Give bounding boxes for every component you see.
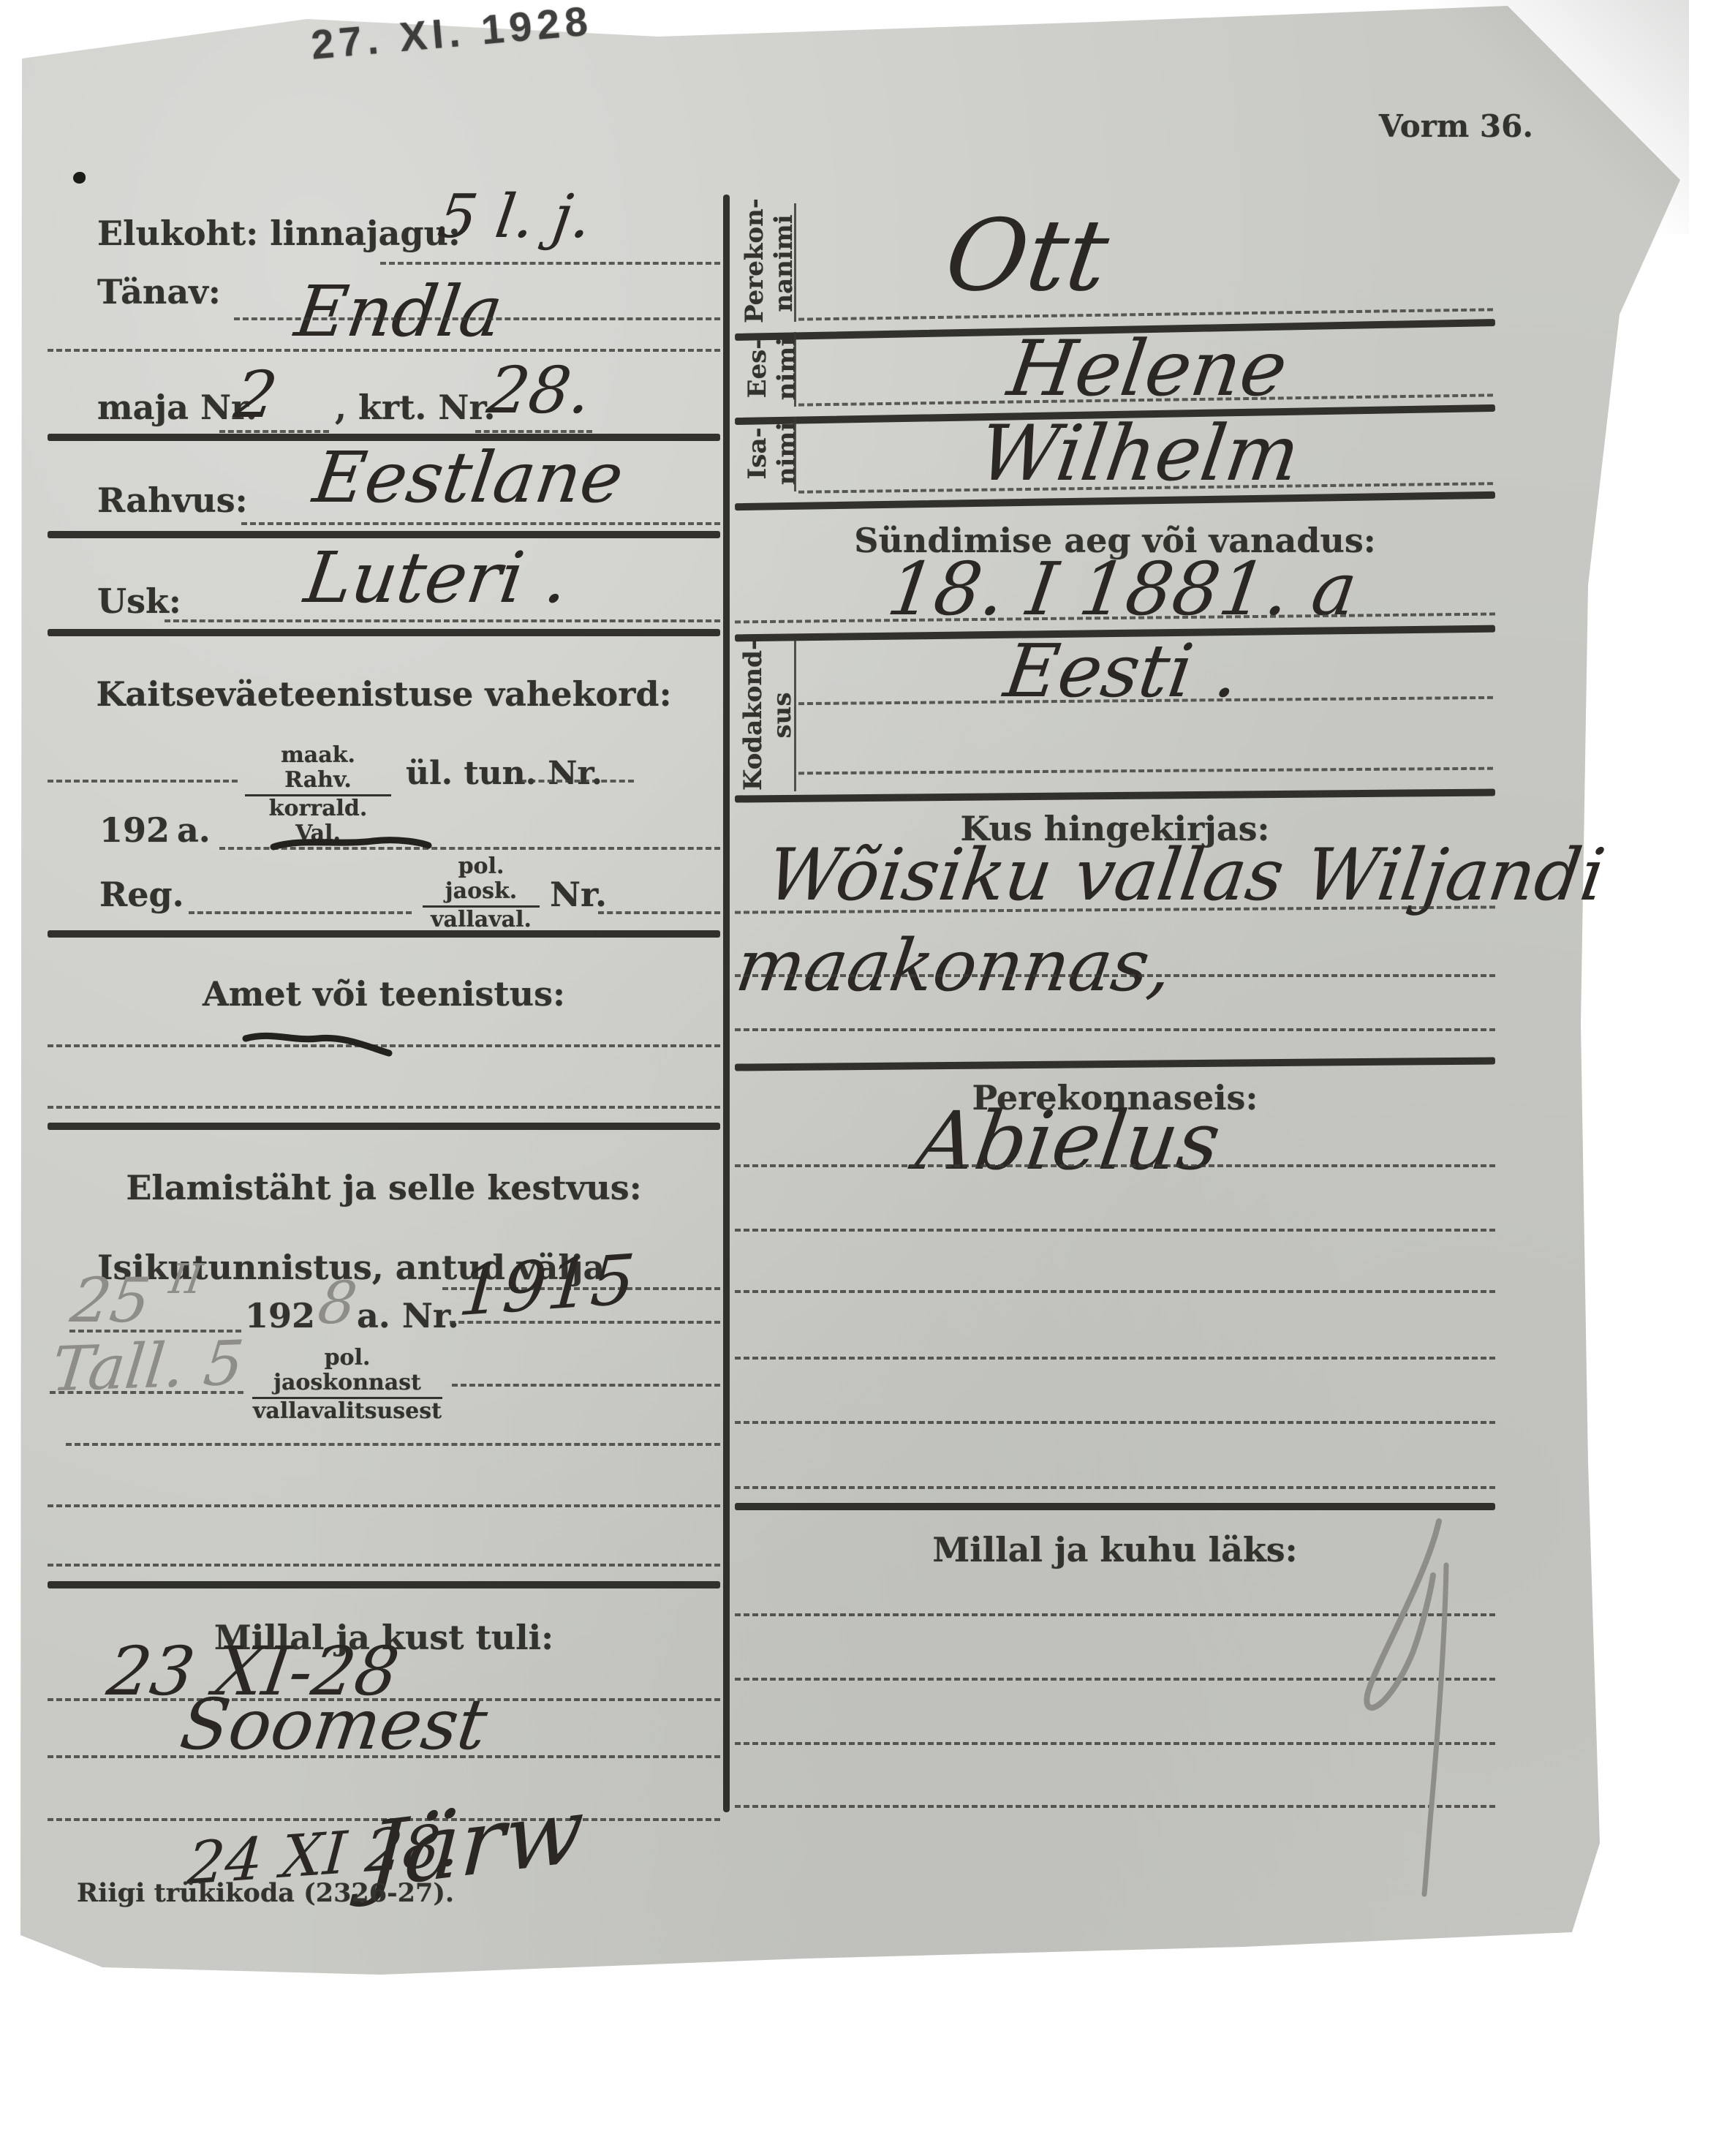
pencil-scribble	[1345, 1514, 1477, 1901]
fraction-bottom: vallavalitsusest	[252, 1399, 442, 1424]
label-line: nimi	[772, 331, 801, 407]
section-rule	[735, 1503, 1495, 1510]
dotted-line	[48, 1564, 720, 1567]
column-divider	[723, 195, 730, 1812]
dotted-line	[48, 1106, 720, 1109]
label-rule	[794, 417, 796, 491]
dotted-line	[380, 262, 720, 265]
label-rule	[794, 639, 796, 791]
section-heading-kaitse: Kaitseväeteenistuse vahekord:	[48, 674, 720, 714]
label-line: nimi	[772, 415, 801, 491]
dotted-line	[735, 1290, 1495, 1293]
field-reg-label: Reg.	[99, 875, 184, 914]
vertical-label-kodakondsus: Kodakond- sus	[738, 638, 797, 793]
field-tuli-place: Soomest	[176, 1689, 491, 1760]
field-reg-nr: Nr.	[550, 875, 607, 914]
label-line: Isa-	[743, 415, 772, 491]
label-line: Ees-	[743, 331, 772, 407]
dotted-line	[48, 349, 720, 352]
section-heading-amet: Amet või teenistus:	[48, 974, 720, 1014]
vertical-label-isanimi: Isa- nimi	[743, 415, 801, 491]
field-usk-label: Usk:	[97, 581, 181, 621]
field-isanimi-value: Wilhelm	[975, 415, 1304, 492]
section-rule	[48, 930, 720, 938]
dotted-line	[189, 911, 412, 914]
scanned-form: 27. XI. 1928 Vorm 36. Elukoht: linnajagu…	[0, 0, 1727, 2156]
section-rule	[48, 1123, 720, 1130]
fraction-pol-jaosk: pol. jaosk. vallaval.	[423, 854, 540, 932]
dotted-line	[735, 1421, 1495, 1424]
section-rule	[48, 629, 720, 636]
pencil-date-day: 25	[67, 1270, 154, 1331]
dotted-line	[48, 780, 238, 783]
field-perekonnaseis-value: Abielus	[912, 1101, 1225, 1181]
dotted-line	[234, 317, 720, 320]
field-tanav-value: Endla	[291, 276, 507, 347]
dotted-line	[735, 1028, 1495, 1031]
dotted-line	[735, 974, 1495, 977]
field-isik-a-nr: a. Nr.	[357, 1296, 459, 1335]
dotted-line	[735, 1357, 1495, 1360]
dotted-line	[450, 1321, 720, 1324]
field-elukoht-value: 5 l. j.	[434, 187, 595, 247]
label-line: sus	[768, 638, 797, 793]
dotted-line	[50, 1391, 243, 1394]
field-isik-nr-value: 1915	[456, 1246, 638, 1327]
field-hingekirjas-line1: Wõisiku vallas Wiljandi	[763, 840, 1609, 911]
fraction-bottom: vallaval.	[423, 908, 540, 932]
label-line: Perekon-	[740, 203, 769, 323]
vertical-label-perekonnanimi: Perekon- nanimi	[740, 203, 798, 323]
dotted-line	[598, 911, 720, 914]
pencil-place: Tall. 5	[49, 1332, 246, 1400]
fraction-top: maak. Rahv.	[245, 743, 391, 796]
section-rule	[48, 1581, 720, 1588]
field-isik-year-printed: 192	[245, 1296, 315, 1335]
field-eesnimi-value: Helene	[1004, 331, 1292, 407]
dotted-line	[735, 1229, 1495, 1232]
field-krt-label: , krt. Nr.	[335, 388, 496, 427]
ink-stroke	[271, 831, 431, 856]
dotted-line	[452, 1384, 720, 1387]
field-tanav-label: Tänav:	[97, 272, 221, 312]
ink-dot	[73, 172, 86, 184]
dotted-line	[475, 430, 592, 433]
label-rule	[794, 203, 796, 322]
section-heading-elamistaht: Elamistäht ja selle kestvus:	[48, 1168, 720, 1207]
field-usk-value: Luteri .	[301, 543, 572, 613]
fraction-top: pol. jaosk.	[423, 854, 540, 908]
field-year-printed: 192	[99, 810, 170, 850]
dotted-line	[735, 1486, 1495, 1489]
field-krt-value: 28.	[484, 358, 595, 423]
label-line: Kodakond-	[738, 638, 768, 793]
field-ul-tun-nr: ül. tun. Nr.	[406, 755, 602, 792]
field-elukoht-label: Elukoht: linnajagu:	[97, 214, 461, 253]
dotted-line	[48, 1755, 720, 1758]
dotted-line	[66, 1443, 720, 1446]
field-hingekirjas-line2: maakonnas,	[732, 930, 1176, 1002]
form-number: Vorm 36.	[1379, 108, 1533, 144]
field-kodakondsus-value: Eesti .	[1000, 635, 1244, 708]
field-rahvus-label: Rahvus:	[97, 480, 248, 520]
fraction-pol-jaoskonnast: pol. jaoskonnast vallavalitsusest	[252, 1346, 442, 1424]
dotted-line	[241, 522, 720, 525]
printer-note: Riigi trükikoda (2326-27).	[77, 1878, 454, 1908]
vertical-label-eesnimi: Ees- nimi	[743, 331, 801, 407]
label-rule	[794, 332, 796, 407]
dotted-line	[48, 1504, 720, 1507]
field-perekonnanimi-value: Ott	[940, 206, 1114, 305]
dotted-line	[521, 780, 634, 783]
dotted-line	[219, 430, 329, 433]
field-rahvus-value: Eestlane	[309, 442, 627, 513]
dotted-line	[165, 619, 720, 622]
pencil-date-month: II	[167, 1259, 205, 1300]
field-year-suffix: a.	[177, 810, 211, 850]
dotted-line	[735, 1164, 1495, 1167]
fraction-top: pol. jaoskonnast	[252, 1346, 442, 1399]
ink-stroke	[241, 1025, 395, 1059]
